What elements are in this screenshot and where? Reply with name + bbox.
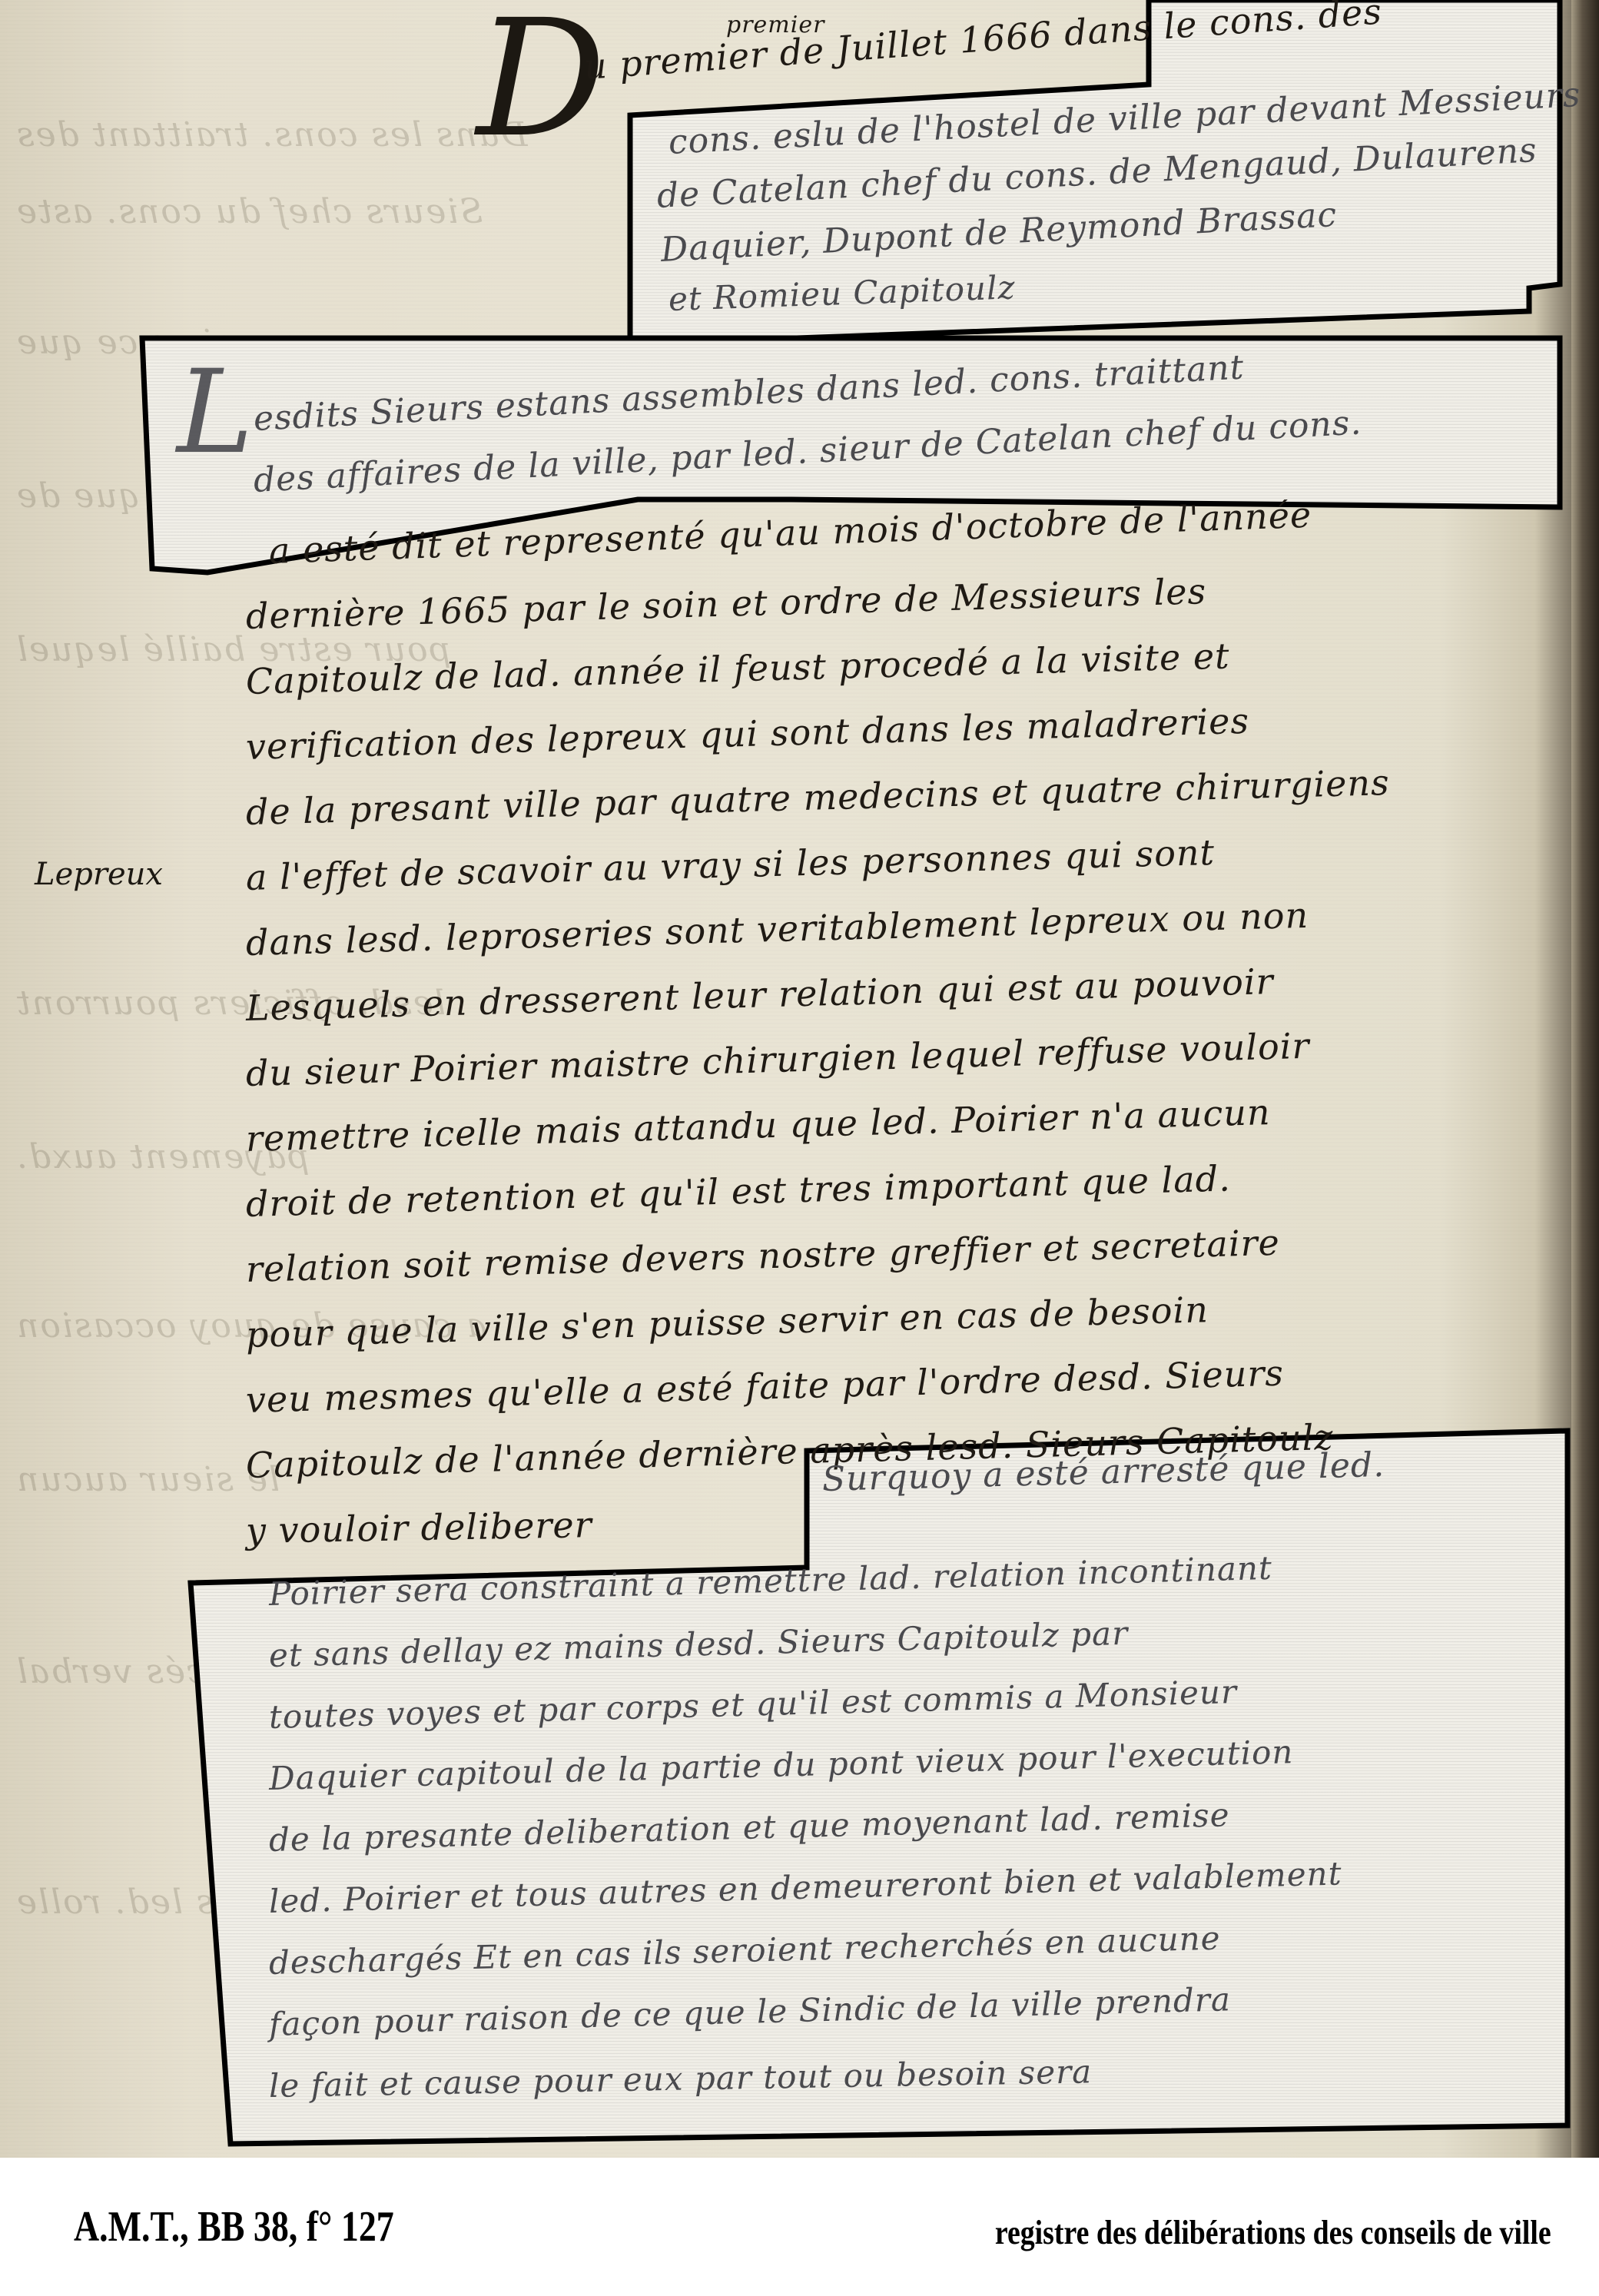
- drop-cap-l: L: [177, 346, 254, 479]
- body-line: relation soit remise devers nostre greff…: [245, 1222, 1280, 1290]
- body-line: droit de retention et qu'il est tres imp…: [245, 1157, 1231, 1225]
- body-line: remettre icelle mais attandu que led. Po…: [245, 1091, 1271, 1160]
- resolution-line: led. Poirier et tous autres en demeurero…: [268, 1854, 1342, 1920]
- resolution-line: le fait et cause pour eux par tout ou be…: [269, 2052, 1093, 2105]
- body-line: de la presant ville par quatre medecins …: [245, 761, 1390, 833]
- resolution-line: et sans dellay ez mains desd. Sieurs Cap…: [268, 1614, 1128, 1674]
- bleed-through-text: Dans les cons. traittant des: [15, 115, 528, 154]
- resolution-line: de la presante deliberation et que moyen…: [268, 1796, 1230, 1859]
- bleed-through-text: le sieur aucun: [15, 1460, 280, 1499]
- resolution-line: Daquier capitoul de la partie du pont vi…: [268, 1733, 1294, 1797]
- body-line: Lesquels en dresserent leur relation qui…: [245, 961, 1274, 1029]
- body-line: verification des lepreux qui sont dans l…: [245, 700, 1249, 768]
- body-line: veu mesmes qu'elle a esté faite par l'or…: [245, 1352, 1284, 1421]
- body-line: dans lesd. leproseries sont veritablemen…: [245, 894, 1309, 964]
- heading-line: u premier de Juillet 1666 dans le cons. …: [582, 0, 1383, 88]
- document-description: registre des délibérations des conseils …: [995, 2213, 1551, 2252]
- resolution-line: toutes voyes et par corps et qu'il est c…: [268, 1673, 1237, 1736]
- bleed-through-text: Sieurs chef du cons. aste: [15, 192, 483, 231]
- body-line: a l'effet de scavoir au vray si les pers…: [245, 831, 1215, 898]
- book-binding-edge: [1571, 0, 1599, 2158]
- resolution-line: deschargés Et en cas ils seroient recher…: [268, 1919, 1221, 1982]
- body-line: pour que la ville s'en puisse servir en …: [245, 1289, 1209, 1355]
- archive-reference: A.M.T., BB 38, f° 127: [74, 2202, 394, 2251]
- bleed-through-text: dans led. rolle: [15, 1883, 282, 1922]
- resolution-line: Poirier sera constraint a remettre lad. …: [268, 1549, 1272, 1613]
- resolution-line: façon pour raison de ce que le Sindic de…: [268, 1980, 1231, 2043]
- body-line: dernière 1665 par le soin et ordre de Me…: [245, 570, 1206, 637]
- margin-note: Lepreux: [35, 857, 163, 892]
- body-line: y vouloir deliberer: [246, 1504, 592, 1551]
- body-line: a esté dit et representé qu'au mois d'oc…: [268, 494, 1312, 572]
- manuscript-page: Dans les cons. traittant des Sieurs chef…: [0, 0, 1599, 2158]
- heading-line: et Romieu Capitoulz: [668, 268, 1016, 318]
- body-line: du sieur Poirier maistre chirurgien lequ…: [245, 1025, 1310, 1094]
